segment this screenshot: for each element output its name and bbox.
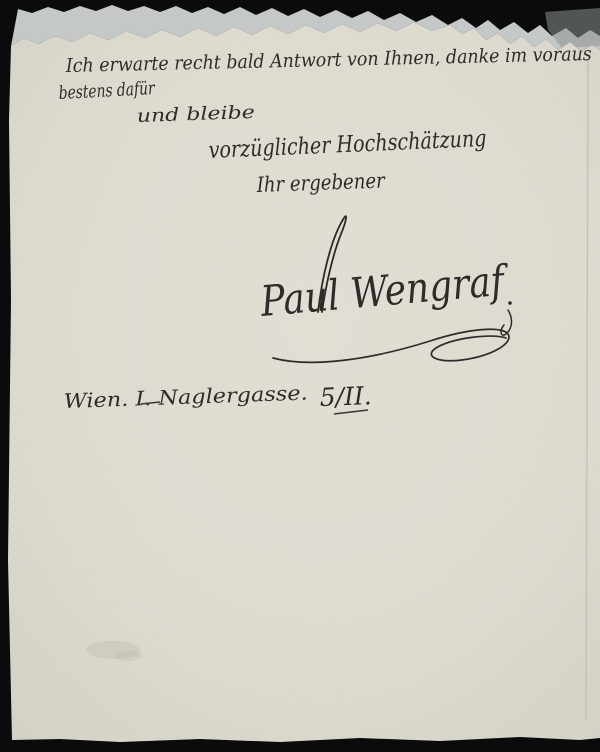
dateline-number: 5/II. (319, 381, 372, 412)
scanned-letter-page: Ich erwarte recht bald Antwort von Ihnen… (0, 0, 600, 752)
letter-body-line-3: und bleibe (136, 102, 255, 127)
flourish-dot (508, 301, 512, 305)
letter-closing-line-2: Ihr ergebener (255, 168, 386, 197)
paper-texture (0, 0, 600, 752)
letter-scan: Ich erwarte recht bald Antwort von Ihnen… (0, 0, 600, 752)
